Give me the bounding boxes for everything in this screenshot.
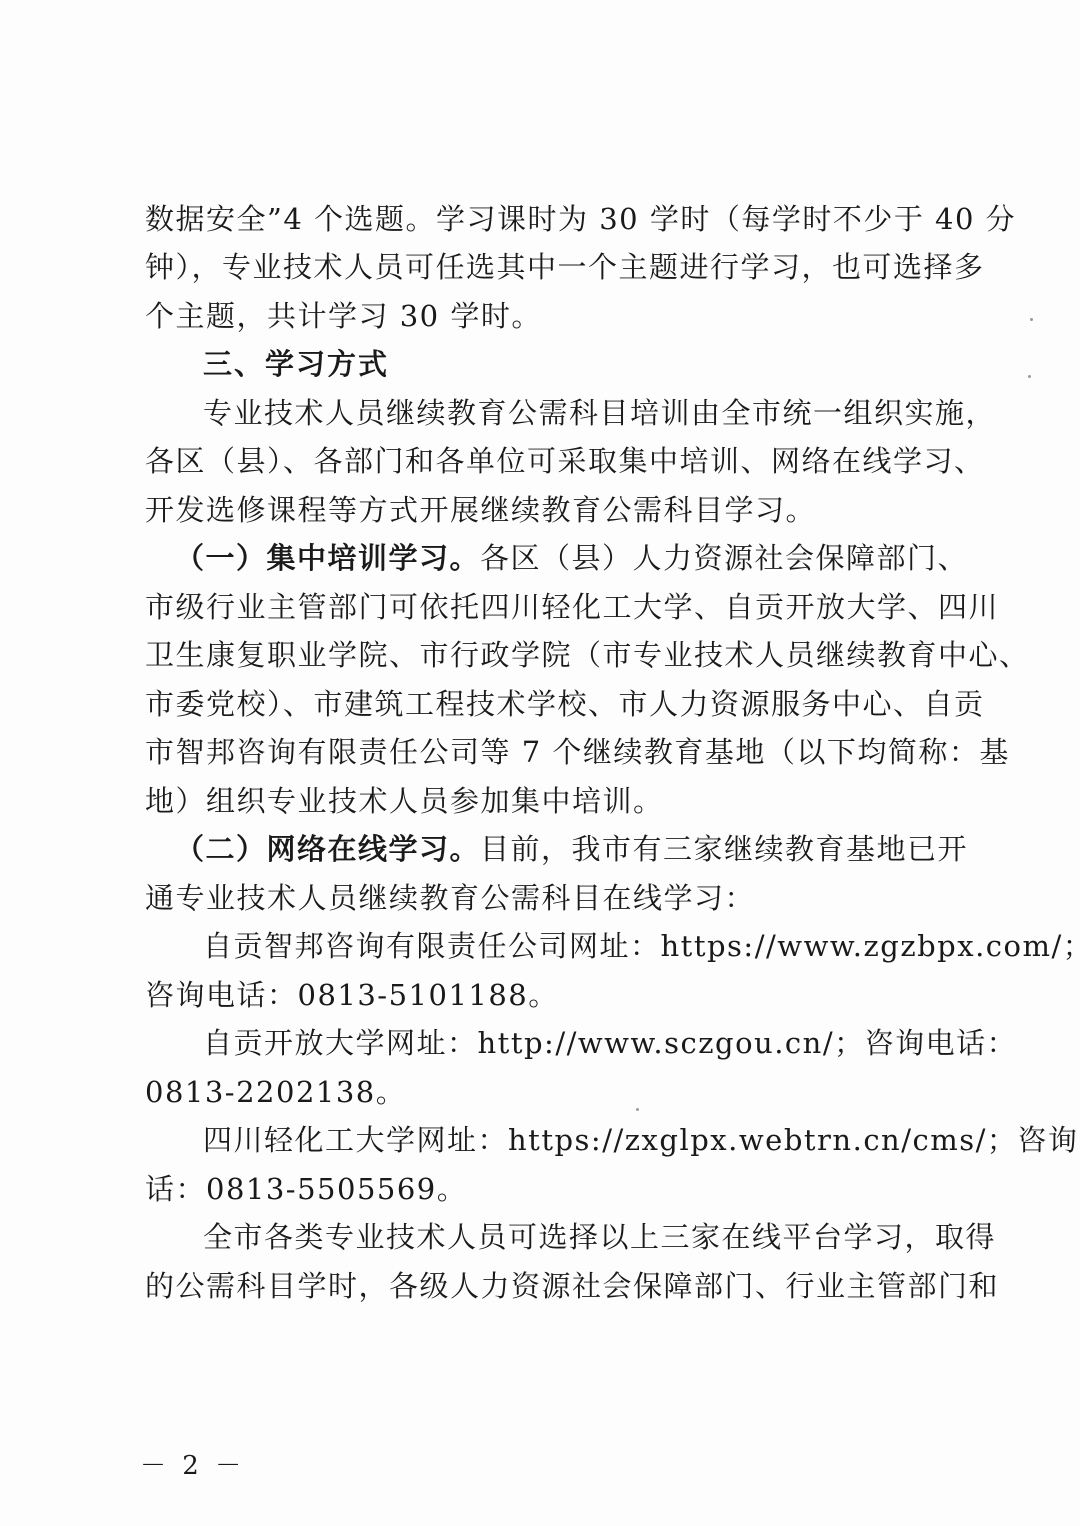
- scan-speck: [1028, 375, 1031, 378]
- subheading-line-online: （二）网络在线学习。目前，我市有三家继续教育基地已开: [175, 825, 950, 873]
- scan-speck: [636, 1108, 639, 1111]
- paragraph-line: 数据安全”4 个选题。学习课时为 30 学时（每学时不少于 40 分: [145, 195, 950, 243]
- paragraph-line: 市智邦咨询有限责任公司等 7 个继续教育基地（以下均简称：基: [145, 728, 950, 776]
- platform-sczgou-phone: 0813-2202138。: [145, 1068, 950, 1116]
- paragraph-line: 的公需科目学时，各级人力资源社会保障部门、行业主管部门和: [145, 1262, 950, 1310]
- platform-webtrn-phone: 话：0813-5505569。: [145, 1165, 950, 1213]
- platform-zgzbpx-phone: 咨询电话：0813-5101188。: [145, 971, 950, 1019]
- paragraph-line: 钟），专业技术人员可任选其中一个主题进行学习，也可选择多: [145, 243, 950, 291]
- paragraph-text: 目前，我市有三家继续教育基地已开: [480, 832, 968, 866]
- platform-sczgou-line: 自贡开放大学网址：http://www.sczgou.cn/；咨询电话：: [203, 1019, 950, 1067]
- subheading-line-centralized: （一）集中培训学习。各区（县）人力资源社会保障部门、: [175, 534, 950, 582]
- paragraph-line: 开发选修课程等方式开展继续教育公需科目学习。: [145, 486, 950, 534]
- platform-zgzbpx-line: 自贡智邦咨询有限责任公司网址：https://www.zgzbpx.com/；: [203, 922, 950, 970]
- platform-webtrn-line: 四川轻化工大学网址：https://zxglpx.webtrn.cn/cms/；…: [203, 1116, 950, 1164]
- scan-speck: [1032, 1140, 1035, 1143]
- page-number: － 2 －: [140, 1445, 245, 1482]
- section-heading: 三、学习方式: [203, 340, 950, 388]
- paragraph-line: 卫生康复职业学院、市行政学院（市专业技术人员继续教育中心、: [145, 631, 950, 679]
- paragraph-line: 个主题，共计学习 30 学时。: [145, 292, 950, 340]
- paragraph-text: 各区（县）人力资源社会保障部门、: [480, 541, 968, 575]
- scan-speck: [1030, 318, 1033, 321]
- paragraph-line: 地）组织专业技术人员参加集中培训。: [145, 777, 950, 825]
- document-page: 数据安全”4 个选题。学习课时为 30 学时（每学时不少于 40 分 钟），专业…: [0, 0, 1080, 1526]
- subheading-online: （二）网络在线学习。: [175, 832, 480, 866]
- paragraph-line: 专业技术人员继续教育公需科目培训由全市统一组织实施，: [203, 389, 950, 437]
- paragraph-line: 市级行业主管部门可依托四川轻化工大学、自贡开放大学、四川: [145, 583, 950, 631]
- paragraph-line: 各区（县）、各部门和各单位可采取集中培训、网络在线学习、: [145, 437, 950, 485]
- paragraph-line: 通专业技术人员继续教育公需科目在线学习：: [145, 874, 950, 922]
- paragraph-line: 市委党校）、市建筑工程技术学校、市人力资源服务中心、自贡: [145, 680, 950, 728]
- subheading-centralized: （一）集中培训学习。: [175, 541, 480, 575]
- paragraph-line: 全市各类专业技术人员可选择以上三家在线平台学习，取得: [203, 1213, 950, 1261]
